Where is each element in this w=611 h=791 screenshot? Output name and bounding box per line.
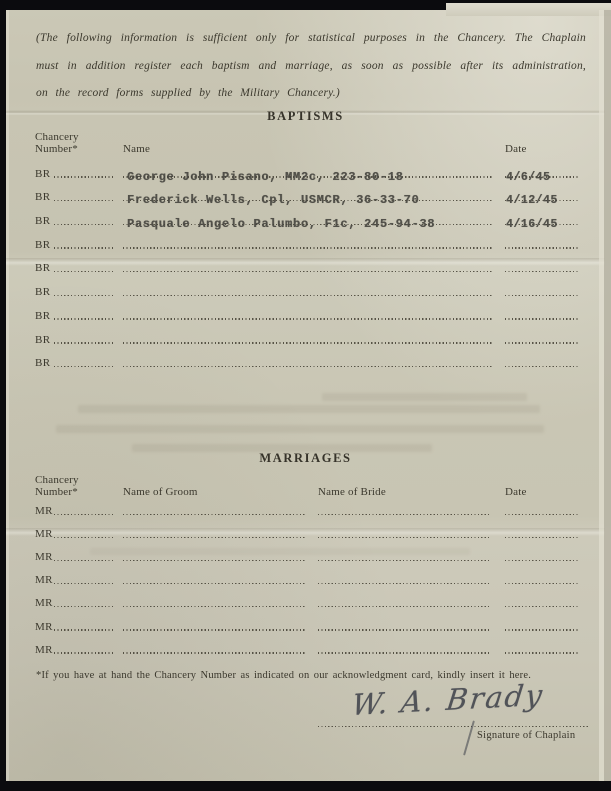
groom-line [123, 537, 305, 538]
bride-line [318, 560, 490, 561]
name-line [123, 366, 493, 367]
marriage-row: MR [35, 541, 578, 564]
chancery-number-line [54, 318, 115, 319]
baptisms-column-date: Date [505, 143, 527, 155]
bride-line [318, 583, 490, 584]
chancery-prefix: MR [35, 574, 53, 586]
date-line [505, 318, 578, 319]
baptism-row: BR Pasquale Angelo Palumbo, F1c, 245-94-… [35, 204, 578, 228]
chancery-prefix: BR [35, 239, 50, 251]
chancery-prefix: BR [35, 191, 50, 203]
marriages-section-title: MARRIAGES [0, 451, 611, 466]
groom-line [123, 629, 305, 630]
chancery-prefix: MR [35, 644, 53, 656]
chancery-prefix: BR [35, 262, 50, 274]
bride-line [318, 514, 490, 515]
groom-line [123, 606, 305, 607]
baptism-row: BR [35, 323, 578, 347]
scan-edge-bottom [0, 781, 611, 791]
marriage-row: MR [35, 564, 578, 587]
chancery-number-line [54, 537, 115, 538]
marriage-row: MR [35, 518, 578, 541]
chancery-prefix: BR [35, 168, 50, 180]
chancery-prefix: MR [35, 621, 53, 633]
name-line [123, 247, 493, 248]
baptism-row: BR [35, 347, 578, 371]
name-line [123, 318, 493, 319]
date-line [505, 247, 578, 248]
page-edge-right-shadow [604, 10, 611, 781]
chancery-number-line [54, 200, 115, 201]
name-line [123, 295, 493, 296]
chancery-prefix: MR [35, 551, 53, 563]
chancery-number-line [54, 342, 115, 343]
chancery-number-line [54, 560, 115, 561]
chancery-prefix: BR [35, 215, 50, 227]
baptisms-column-chancery-line2: Number* [35, 143, 78, 155]
date-line [505, 514, 578, 515]
chancery-prefix: MR [35, 505, 53, 517]
date-line [505, 342, 578, 343]
chancery-number-line [54, 366, 115, 367]
marriages-table: MR MR MR MR MR [35, 495, 578, 657]
date-line [505, 606, 578, 607]
name-line [123, 271, 493, 272]
groom-line [123, 514, 305, 515]
marriage-row: MR [35, 587, 578, 610]
date-line [505, 560, 578, 561]
chancery-number-line [54, 224, 115, 225]
date-line [505, 366, 578, 367]
scanned-chancery-form: (The following information is sufficient… [0, 0, 611, 791]
baptisms-column-chancery-line1: Chancery [35, 131, 79, 143]
signature-of-chaplain-label: Signature of Chaplain [477, 730, 575, 741]
intro-note: (The following information is sufficient… [36, 25, 586, 108]
name-line [123, 342, 493, 343]
baptism-row: BR George John Pisano, MM2c, 223-80-18 4… [35, 157, 578, 181]
page-edge-top-right [446, 3, 611, 16]
chancery-prefix: MR [35, 597, 53, 609]
baptisms-section-title: BAPTISMS [0, 109, 611, 124]
baptism-row: BR [35, 252, 578, 276]
marriage-row: MR [35, 634, 578, 657]
date-line [505, 271, 578, 272]
chancery-number-line [54, 583, 115, 584]
date-line [505, 652, 578, 653]
chancery-prefix: BR [35, 334, 50, 346]
chancery-prefix: BR [35, 310, 50, 322]
scan-edge-top [0, 0, 492, 10]
bride-line [318, 537, 490, 538]
marriage-row: MR [35, 495, 578, 518]
marriages-column-chancery-line1: Chancery [35, 474, 79, 486]
marriage-row: MR [35, 610, 578, 633]
chancery-prefix: MR [35, 528, 53, 540]
groom-line [123, 583, 305, 584]
bride-line [318, 652, 490, 653]
chancery-number-line [54, 176, 115, 177]
baptisms-table: BR George John Pisano, MM2c, 223-80-18 4… [35, 157, 578, 370]
groom-line [123, 652, 305, 653]
chancery-prefix: BR [35, 286, 50, 298]
baptisms-column-name: Name [123, 143, 150, 155]
baptism-row: BR [35, 275, 578, 299]
chancery-number-line [54, 606, 115, 607]
chancery-number-line [54, 271, 115, 272]
chancery-number-line [54, 652, 115, 653]
chancery-number-line [54, 514, 115, 515]
baptism-row: BR [35, 228, 578, 252]
baptism-row: BR [35, 299, 578, 323]
chancery-number-line [54, 629, 115, 630]
chancery-number-line [54, 247, 115, 248]
scan-edge-left [0, 0, 6, 791]
date-line [505, 537, 578, 538]
chancery-prefix: BR [35, 357, 50, 369]
date-line [505, 295, 578, 296]
baptism-row: BR Frederick Wells, Cpl, USMCR, 36-33-70… [35, 181, 578, 205]
date-line [505, 629, 578, 630]
bride-line [318, 606, 490, 607]
chancery-number-line [54, 295, 115, 296]
signature-leader-line [318, 726, 590, 727]
bride-line [318, 629, 490, 630]
date-line [505, 583, 578, 584]
groom-line [123, 560, 305, 561]
